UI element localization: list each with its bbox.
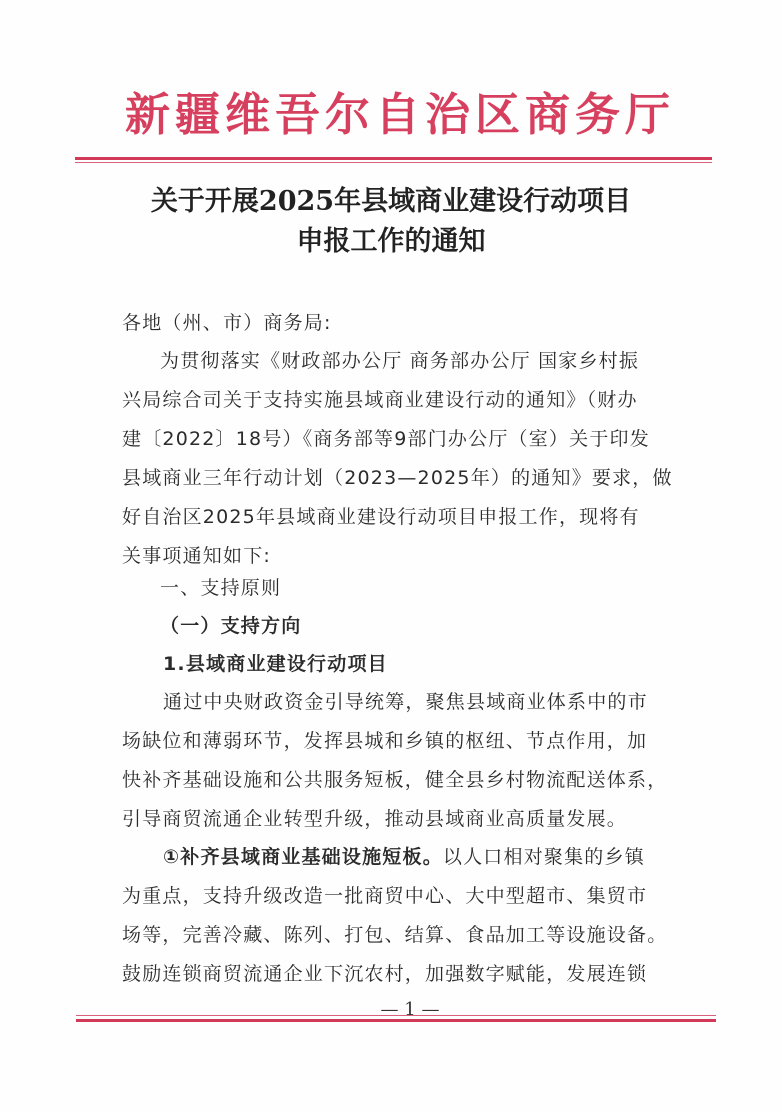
page-number: — 1 — xyxy=(360,999,460,1020)
intro-line: 好自治区2025年县域商业建设行动项目申报工作，现将有 xyxy=(122,508,682,527)
point-bold-lead: ①补齐县域商业基础设施短板。 xyxy=(163,846,443,868)
intro-line: 县域商业三年行动计划（2023—2025年）的通知》要求，做 xyxy=(122,469,682,488)
issuing-organization-header: 新疆维吾尔自治区商务厅 xyxy=(110,92,690,137)
item-paragraph-line: 通过中央财政资金引导统筹，聚焦县域商业体系中的市 xyxy=(163,693,723,712)
title-line-1: 关于开展2025年县域商业建设行动项目 xyxy=(80,182,702,222)
item-paragraph-line: 场缺位和薄弱环节，发挥县城和乡镇的枢纽、节点作用，加 xyxy=(122,732,682,751)
title-line-2: 申报工作的通知 xyxy=(80,222,702,262)
item-heading: 1.县域商业建设行动项目 xyxy=(163,655,723,674)
header-red-rule-thin xyxy=(75,162,712,163)
document-page: 新疆维吾尔自治区商务厅 关于开展2025年县域商业建设行动项目 申报工作的通知 … xyxy=(0,0,782,1111)
item-paragraph-line: 引导商贸流通企业转型升级，推动县域商业高质量发展。 xyxy=(122,810,682,829)
item-paragraph-line: 快补齐基础设施和公共服务短板，健全县乡村物流配送体系， xyxy=(122,771,682,790)
intro-line: 建〔2022〕18号）《商务部等9部门办公厅（室）关于印发 xyxy=(122,430,682,449)
section-heading: 一、支持原则 xyxy=(160,579,720,598)
point-text: 以人口相对聚集的乡镇 xyxy=(443,846,645,868)
document-title: 关于开展2025年县域商业建设行动项目 申报工作的通知 xyxy=(80,182,702,262)
intro-line: 关事项通知如下: xyxy=(122,547,682,566)
point-paragraph-line: 场等，完善冷藏、陈列、打包、结算、食品加工等设施设备。 xyxy=(122,926,682,945)
salutation: 各地（州、市）商务局: xyxy=(122,314,682,333)
point-paragraph-line: 为重点，支持升级改造一批商贸中心、大中型超市、集贸市 xyxy=(122,887,682,906)
subsection-heading: （一）支持方向 xyxy=(160,617,720,636)
intro-line: 为贯彻落实《财政部办公厅 商务部办公厅 国家乡村振 xyxy=(160,352,720,371)
header-red-rule-thick xyxy=(75,157,712,160)
point-paragraph-line: ①补齐县域商业基础设施短板。以人口相对聚集的乡镇 xyxy=(163,848,723,867)
intro-line: 兴局综合司关于支持实施县域商业建设行动的通知》（财办 xyxy=(122,391,682,410)
point-paragraph-line: 鼓励连锁商贸流通企业下沉农村，加强数字赋能，发展连锁 xyxy=(122,965,682,984)
